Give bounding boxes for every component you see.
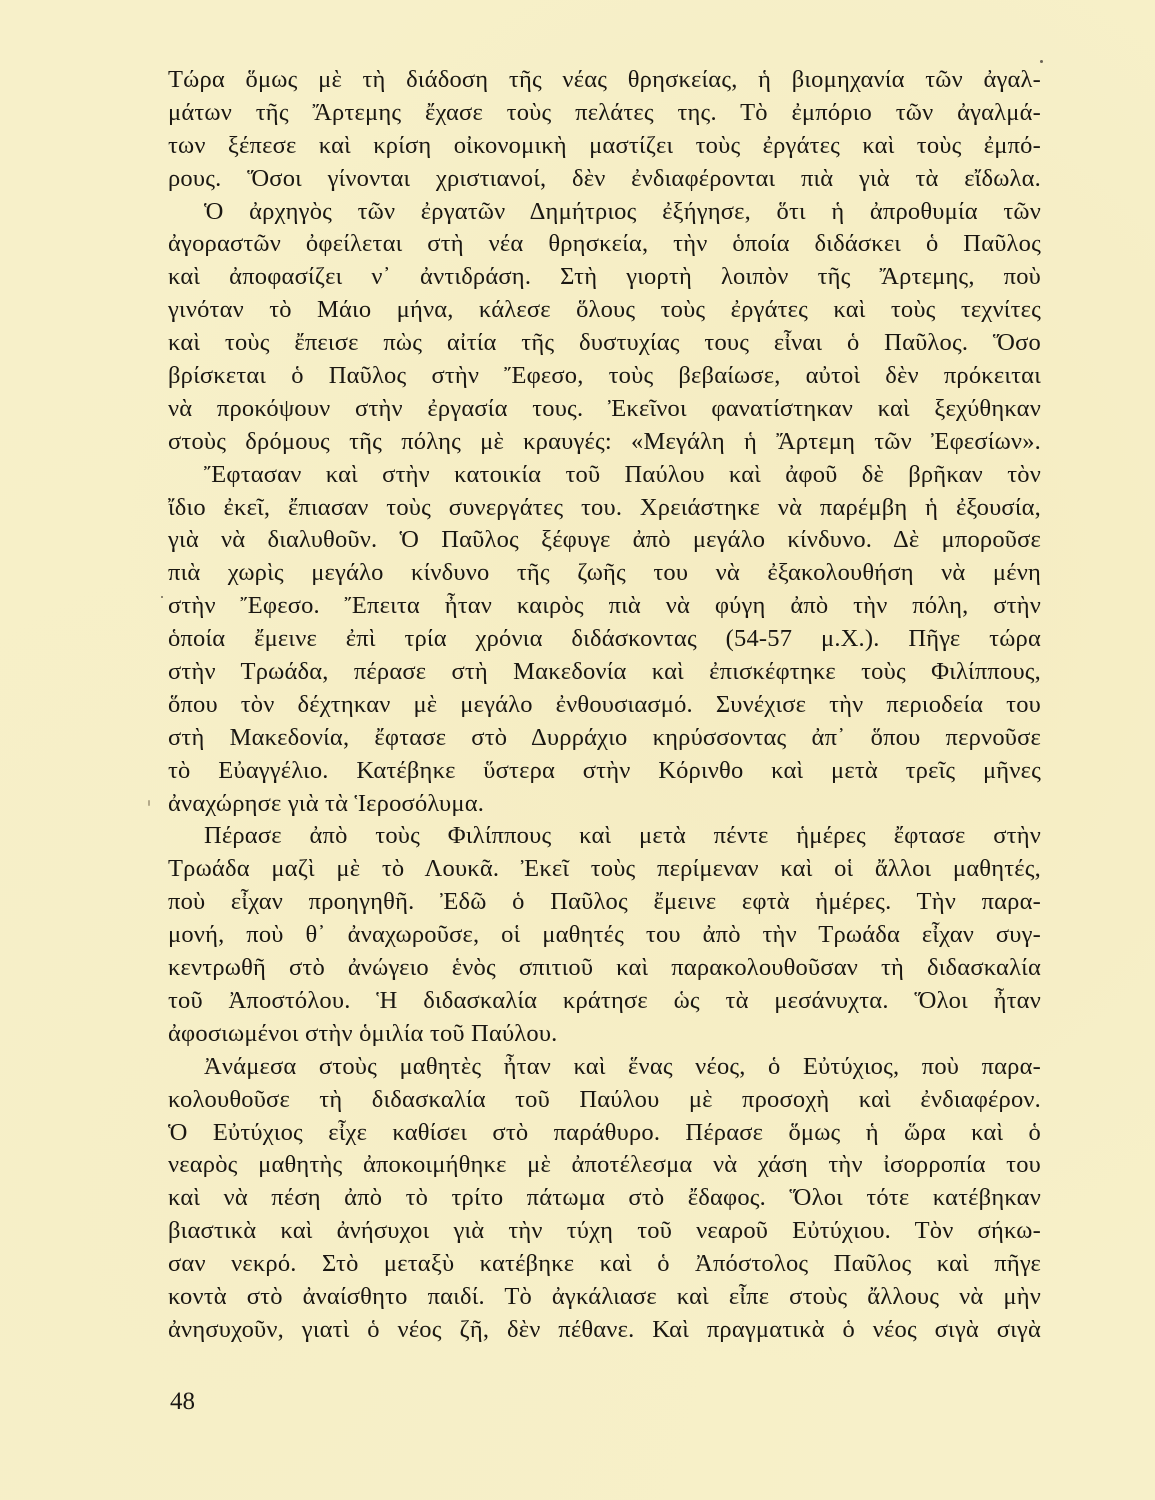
text-line: στοὺς δρόμους τῆς πόλης μὲ κραυγές: «Μεγ… (168, 426, 1041, 459)
text-line: ἀγοραστῶν ὀφείλεται στὴ νέα θρησκεία, τὴ… (168, 228, 1041, 261)
text-line: νὰ προκόψουν στὴν ἐργασία τους. Ἐκεῖνοι … (168, 393, 1041, 426)
text-line: Πέρασε ἀπὸ τοὺς Φιλίππους καὶ μετὰ πέντε… (168, 820, 1041, 853)
text-line: Ἔφτασαν καὶ στὴν κατοικία τοῦ Παύλου καὶ… (168, 459, 1041, 492)
text-line: γιὰ νὰ διαλυθοῦν. Ὁ Παῦλος ξέφυγε ἀπὸ με… (168, 524, 1041, 557)
paragraph: Πέρασε ἀπὸ τοὺς Φιλίππους καὶ μετὰ πέντε… (168, 820, 1041, 1050)
paragraph: Ἔφτασαν καὶ στὴν κατοικία τοῦ Παύλου καὶ… (168, 459, 1041, 821)
text-line: Ὁ Εὐτύχιος εἶχε καθίσει στὸ παράθυρο. Πέ… (168, 1117, 1041, 1150)
text-line: ποὺ εἶχαν προηγηθῆ. Ἐδῶ ὁ Παῦλος ἔμεινε … (168, 886, 1041, 919)
text-line: καὶ νὰ πέση ἀπὸ τὸ τρίτο πάτωμα στὸ ἔδαφ… (168, 1182, 1041, 1215)
paragraph: Ὁ ἀρχηγὸς τῶν ἐργατῶν Δημήτριος ἐξήγησε,… (168, 196, 1041, 459)
paper-speck (148, 800, 150, 806)
text-line: Τρωάδα μαζὶ μὲ τὸ Λουκᾶ. Ἐκεῖ τοὺς περίμ… (168, 853, 1041, 886)
text-line: νεαρὸς μαθητὴς ἀποκοιμήθηκε μὲ ἀποτέλεσμ… (168, 1149, 1041, 1182)
text-line: ἀναχώρησε γιὰ τὰ Ἱεροσόλυμα. (168, 788, 1041, 821)
text-line: βρίσκεται ὁ Παῦλος στὴν Ἔφεσο, τοὺς βεβα… (168, 360, 1041, 393)
text-line: μονή, ποὺ θ᾽ ἀναχωροῦσε, οἱ μαθητές του … (168, 919, 1041, 952)
paper-speck (1040, 60, 1043, 63)
book-page: Τώρα ὅμως μὲ τὴ διάδοση τῆς νέας θρησκεί… (0, 0, 1155, 1500)
text-line: ὁποία ἔμεινε ἐπὶ τρία χρόνια διδάσκοντας… (168, 623, 1041, 656)
text-line: ἴδιο ἐκεῖ, ἔπιασαν τοὺς συνεργάτες του. … (168, 492, 1041, 525)
text-line: Ὁ ἀρχηγὸς τῶν ἐργατῶν Δημήτριος ἐξήγησε,… (168, 196, 1041, 229)
text-line: γινόταν τὸ Μάιο μήνα, κάλεσε ὅλους τοὺς … (168, 294, 1041, 327)
text-line: μάτων τῆς Ἄρτεμης ἔχασε τοὺς πελάτες της… (168, 97, 1041, 130)
text-line: πιὰ χωρὶς μεγάλο κίνδυνο τῆς ζωῆς του νὰ… (168, 557, 1041, 590)
page-number: 48 (170, 1388, 195, 1416)
body-text: Τώρα ὅμως μὲ τὴ διάδοση τῆς νέας θρησκεί… (168, 64, 1041, 1347)
paper-speck (161, 596, 163, 598)
text-line: καὶ τοὺς ἔπεισε πὼς αἰτία τῆς δυστυχίας … (168, 327, 1041, 360)
text-line: των ξέπεσε καὶ κρίση οἰκονομικὴ μαστίζει… (168, 130, 1041, 163)
text-line: στὴν Τρωάδα, πέρασε στὴ Μακεδονία καὶ ἐπ… (168, 656, 1041, 689)
text-line: ρους. Ὅσοι γίνονται χριστιανοί, δὲν ἐνδι… (168, 163, 1041, 196)
text-line: ἀνησυχοῦν, γιατὶ ὁ νέος ζῆ, δὲν πέθανε. … (168, 1314, 1041, 1347)
text-line: ὅπου τὸν δέχτηκαν μὲ μεγάλο ἐνθουσιασμό.… (168, 689, 1041, 722)
text-line: τοῦ Ἀποστόλου. Ἡ διδασκαλία κράτησε ὡς τ… (168, 985, 1041, 1018)
text-line: στὴν Ἔφεσο. Ἔπειτα ἦταν καιρὸς πιὰ νὰ φύ… (168, 590, 1041, 623)
text-line: καὶ ἀποφασίζει ν᾽ ἀντιδράση. Στὴ γιορτὴ … (168, 261, 1041, 294)
text-line: στὴ Μακεδονία, ἔφτασε στὸ Δυρράχιο κηρύσ… (168, 722, 1041, 755)
text-line: τὸ Εὐαγγέλιο. Κατέβηκε ὕστερα στὴν Κόριν… (168, 755, 1041, 788)
text-line: Τώρα ὅμως μὲ τὴ διάδοση τῆς νέας θρησκεί… (168, 64, 1041, 97)
text-line: Ἀνάμεσα στοὺς μαθητὲς ἦταν καὶ ἕνας νέος… (168, 1051, 1041, 1084)
text-line: βιαστικὰ καὶ ἀνήσυχοι γιὰ τὴν τύχη τοῦ ν… (168, 1215, 1041, 1248)
text-line: ἀφοσιωμένοι στὴν ὁμιλία τοῦ Παύλου. (168, 1018, 1041, 1051)
paragraph: Τώρα ὅμως μὲ τὴ διάδοση τῆς νέας θρησκεί… (168, 64, 1041, 196)
text-line: σαν νεκρό. Στὸ μεταξὺ κατέβηκε καὶ ὁ Ἀπό… (168, 1248, 1041, 1281)
text-line: κεντρωθῆ στὸ ἀνώγειο ἑνὸς σπιτιοῦ καὶ πα… (168, 952, 1041, 985)
text-line: κοντὰ στὸ ἀναίσθητο παιδί. Τὸ ἀγκάλιασε … (168, 1281, 1041, 1314)
paragraph: Ἀνάμεσα στοὺς μαθητὲς ἦταν καὶ ἕνας νέος… (168, 1051, 1041, 1347)
text-line: κολουθοῦσε τὴ διδασκαλία τοῦ Παύλου μὲ π… (168, 1084, 1041, 1117)
